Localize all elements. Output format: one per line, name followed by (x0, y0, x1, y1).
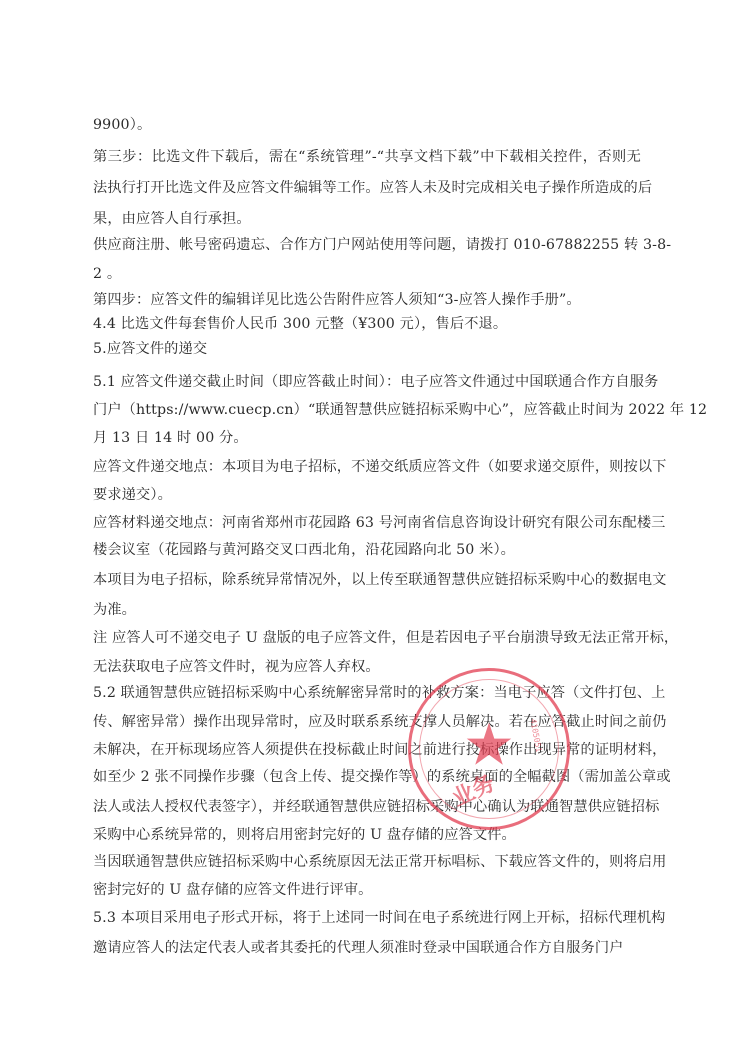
text-line: 本项目为电子招标，除系统异常情况外，以上传至联通智慧供应链招标采购中心的数据电文 (93, 571, 641, 589)
text-line: 5.2 联通智慧供应链招标采购中心系统解密异常时的补救方案：当电子应答（文件打包… (93, 684, 641, 702)
text-line: 2 。 (93, 265, 641, 283)
text-line: 当因联通智慧供应链招标采购中心系统原因无法正常开标唱标、下载应答文件的，则将启用 (93, 853, 641, 871)
text-line: 楼会议室（花园路与黄河路交叉口西北角，沿花园路向北 50 米）。 (93, 541, 641, 559)
text-line: 9900）。 (93, 116, 641, 134)
text-line: 邀请应答人的法定代表人或者其委托的代理人须准时登录中国联通合作方自服务门户 (93, 939, 641, 957)
text-line: 供应商注册、帐号密码遗忘、合作方门户网站使用等问题，请拨打 010-678822… (93, 236, 641, 254)
text-line: 无法获取电子应答文件时，视为应答人弃权。 (93, 658, 641, 676)
text-line: 果，由应答人自行承担。 (93, 210, 641, 228)
text-line: 5.应答文件的递交 (93, 340, 641, 358)
text-line: 要求递交）。 (93, 486, 641, 504)
text-line: 门户（https://www.cuecp.cn）“联通智慧供应链招标采购中心”，… (93, 401, 641, 419)
text-line: 法执行打开比选文件及应答文件编辑等工作。应答人未及时完成相关电子操作所造成的后 (93, 179, 641, 197)
text-line: 传、解密异常）操作出现异常时，应及时联系系统支撑人员解决。若在应答截止时间之前仍 (93, 713, 641, 731)
text-line: 如至少 2 张不同操作步骤（包含上传、提交操作等）的系统桌面的全幅截图（需加盖公… (93, 768, 641, 786)
text-line: 第四步：应答文件的编辑详见比选公告附件应答人须知“3-应答人操作手册”。 (93, 291, 641, 309)
text-line: 为准。 (93, 601, 641, 619)
text-line: 法人或法人授权代表签字），并经联通智慧供应链招标采购中心确认为联通智慧供应链招标 (93, 798, 641, 816)
text-line: 5.3 本项目采用电子形式开标，将于上述同一时间在电子系统进行网上开标，招标代理… (93, 909, 641, 927)
text-line: 第三步：比选文件下载后，需在“系统管理”-“共享文档下载”中下载相关控件，否则无 (93, 148, 641, 166)
text-line: 未解决，在开标现场应答人须提供在投标截止时间之前进行投标操作出现异常的证明材料， (93, 741, 641, 759)
text-line: 4.4 比选文件每套售价人民币 300 元整（¥300 元），售后不退。 (93, 315, 641, 333)
text-line: 注 应答人可不递交电子 U 盘版的电子应答文件，但是若因电子平台崩溃导致无法正常… (93, 629, 641, 647)
text-line: 应答文件递交地点：本项目为电子招标，不递交纸质应答文件（如要求递交原件，则按以下 (93, 458, 641, 476)
text-line: 采购中心系统异常的，则将启用密封完好的 U 盘存储的应答文件。 (93, 826, 641, 844)
text-line: 密封完好的 U 盘存储的应答文件进行评审。 (93, 881, 641, 899)
document-page: 9900）。第三步：比选文件下载后，需在“系统管理”-“共享文档下载”中下载相关… (0, 0, 733, 1062)
text-line: 5.1 应答文件递交截止时间（即应答截止时间）：电子应答文件通过中国联通合作方自… (93, 373, 641, 391)
text-line: 应答材料递交地点：河南省郑州市花园路 63 号河南省信息咨询设计研究有限公司东配… (93, 514, 641, 532)
text-line: 月 13 日 14 时 00 分。 (93, 429, 641, 447)
